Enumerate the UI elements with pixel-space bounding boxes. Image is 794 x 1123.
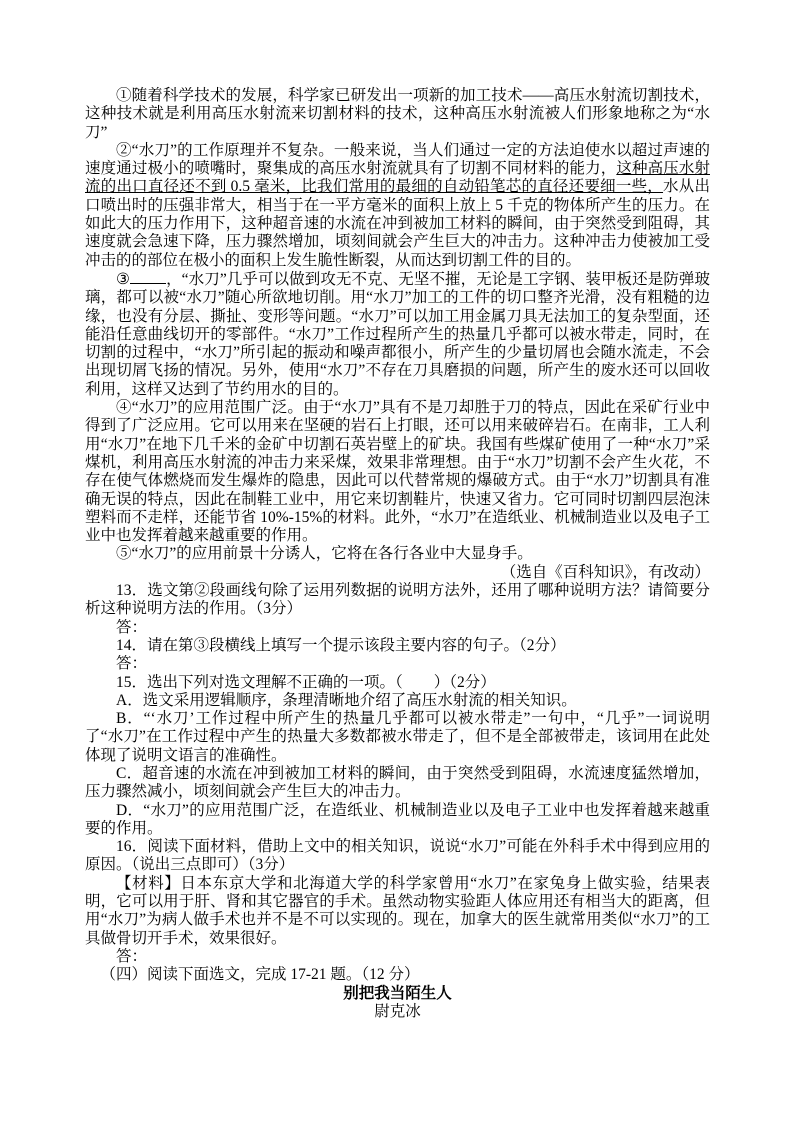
question-15: 15．选出下列对选文理解不正确的一项。（ ）（2分）	[85, 674, 710, 692]
question-16-answer-label: 答：	[85, 948, 710, 966]
question-13-answer-label: 答：	[85, 619, 710, 637]
paragraph-3-text: ，“水刀”几乎可以做到攻无不克、无坚不摧，无论是工字钢、装甲板还是防弹玻璃，都可…	[85, 271, 710, 398]
question-14: 14．请在第③段横线上填写一个提示该段主要内容的句子。（2分）	[85, 637, 710, 655]
paragraph-3-marker: ③	[116, 271, 130, 288]
document-page: ①随着科学技术的发展，科学家已研发出一项新的加工技术——高压水射流切割技术，这种…	[0, 0, 794, 1123]
article-paragraph-3: ③，“水刀”几乎可以做到攻无不克、无坚不摧，无论是工字钢、装甲板还是防弹玻璃，都…	[85, 270, 710, 399]
question-15-option-a: A．选文采用逻辑顺序，条理清晰地介绍了高压水射流的相关知识。	[85, 692, 710, 710]
next-article-title: 别把我当陌生人	[85, 985, 710, 1003]
question-16: 16．阅读下面材料，借助上文中的相关知识，说说“水刀”可能在外科手术中得到应用的…	[85, 838, 710, 875]
source-attribution: （选自《百科知识》，有改动）	[85, 564, 710, 582]
question-15-option-c: C．超音速的水流在冲到被加工材料的瞬间，由于突然受到阻碍，水流速度猛然增加，压力…	[85, 765, 710, 802]
question-14-answer-label: 答：	[85, 655, 710, 673]
article-paragraph-5: ⑤“水刀”的应用前景十分诱人，它将在各行各业中大显身手。	[85, 545, 710, 563]
question-16-material: 【材料】日本东京大学和北海道大学的科学家曾用“水刀”在家兔身上做实验，结果表明，…	[85, 875, 710, 948]
article-paragraph-4: ④“水刀”的应用范围广泛。由于“水刀”具有不是刀却胜于刀的特点，因此在采矿行业中…	[85, 399, 710, 545]
question-13: 13．选文第②段画线句除了运用列数据的说明方法外，还用了哪种说明方法？请简要分析…	[85, 582, 710, 619]
question-15-option-d: D．“水刀”的应用范围广泛，在造纸业、机械制造业以及电子工业中也发挥着越来越重要…	[85, 802, 710, 839]
question-15-option-b: B．“‘水刀’工作过程中所产生的热量几乎都可以被水带走”一句中，“几乎”一词说明…	[85, 710, 710, 765]
next-section-heading: （四）阅读下面选文，完成 17-21 题。（12 分）	[85, 966, 710, 984]
fill-in-blank-underline	[130, 270, 166, 284]
article-paragraph-1: ①随着科学技术的发展，科学家已研发出一项新的加工技术——高压水射流切割技术，这种…	[85, 87, 710, 142]
next-article-author: 尉克冰	[85, 1003, 710, 1021]
article-paragraph-2: ②“水刀”的工作原理并不复杂。一般来说，当人们通过一定的方法迫使水以超过声速的速…	[85, 142, 710, 270]
